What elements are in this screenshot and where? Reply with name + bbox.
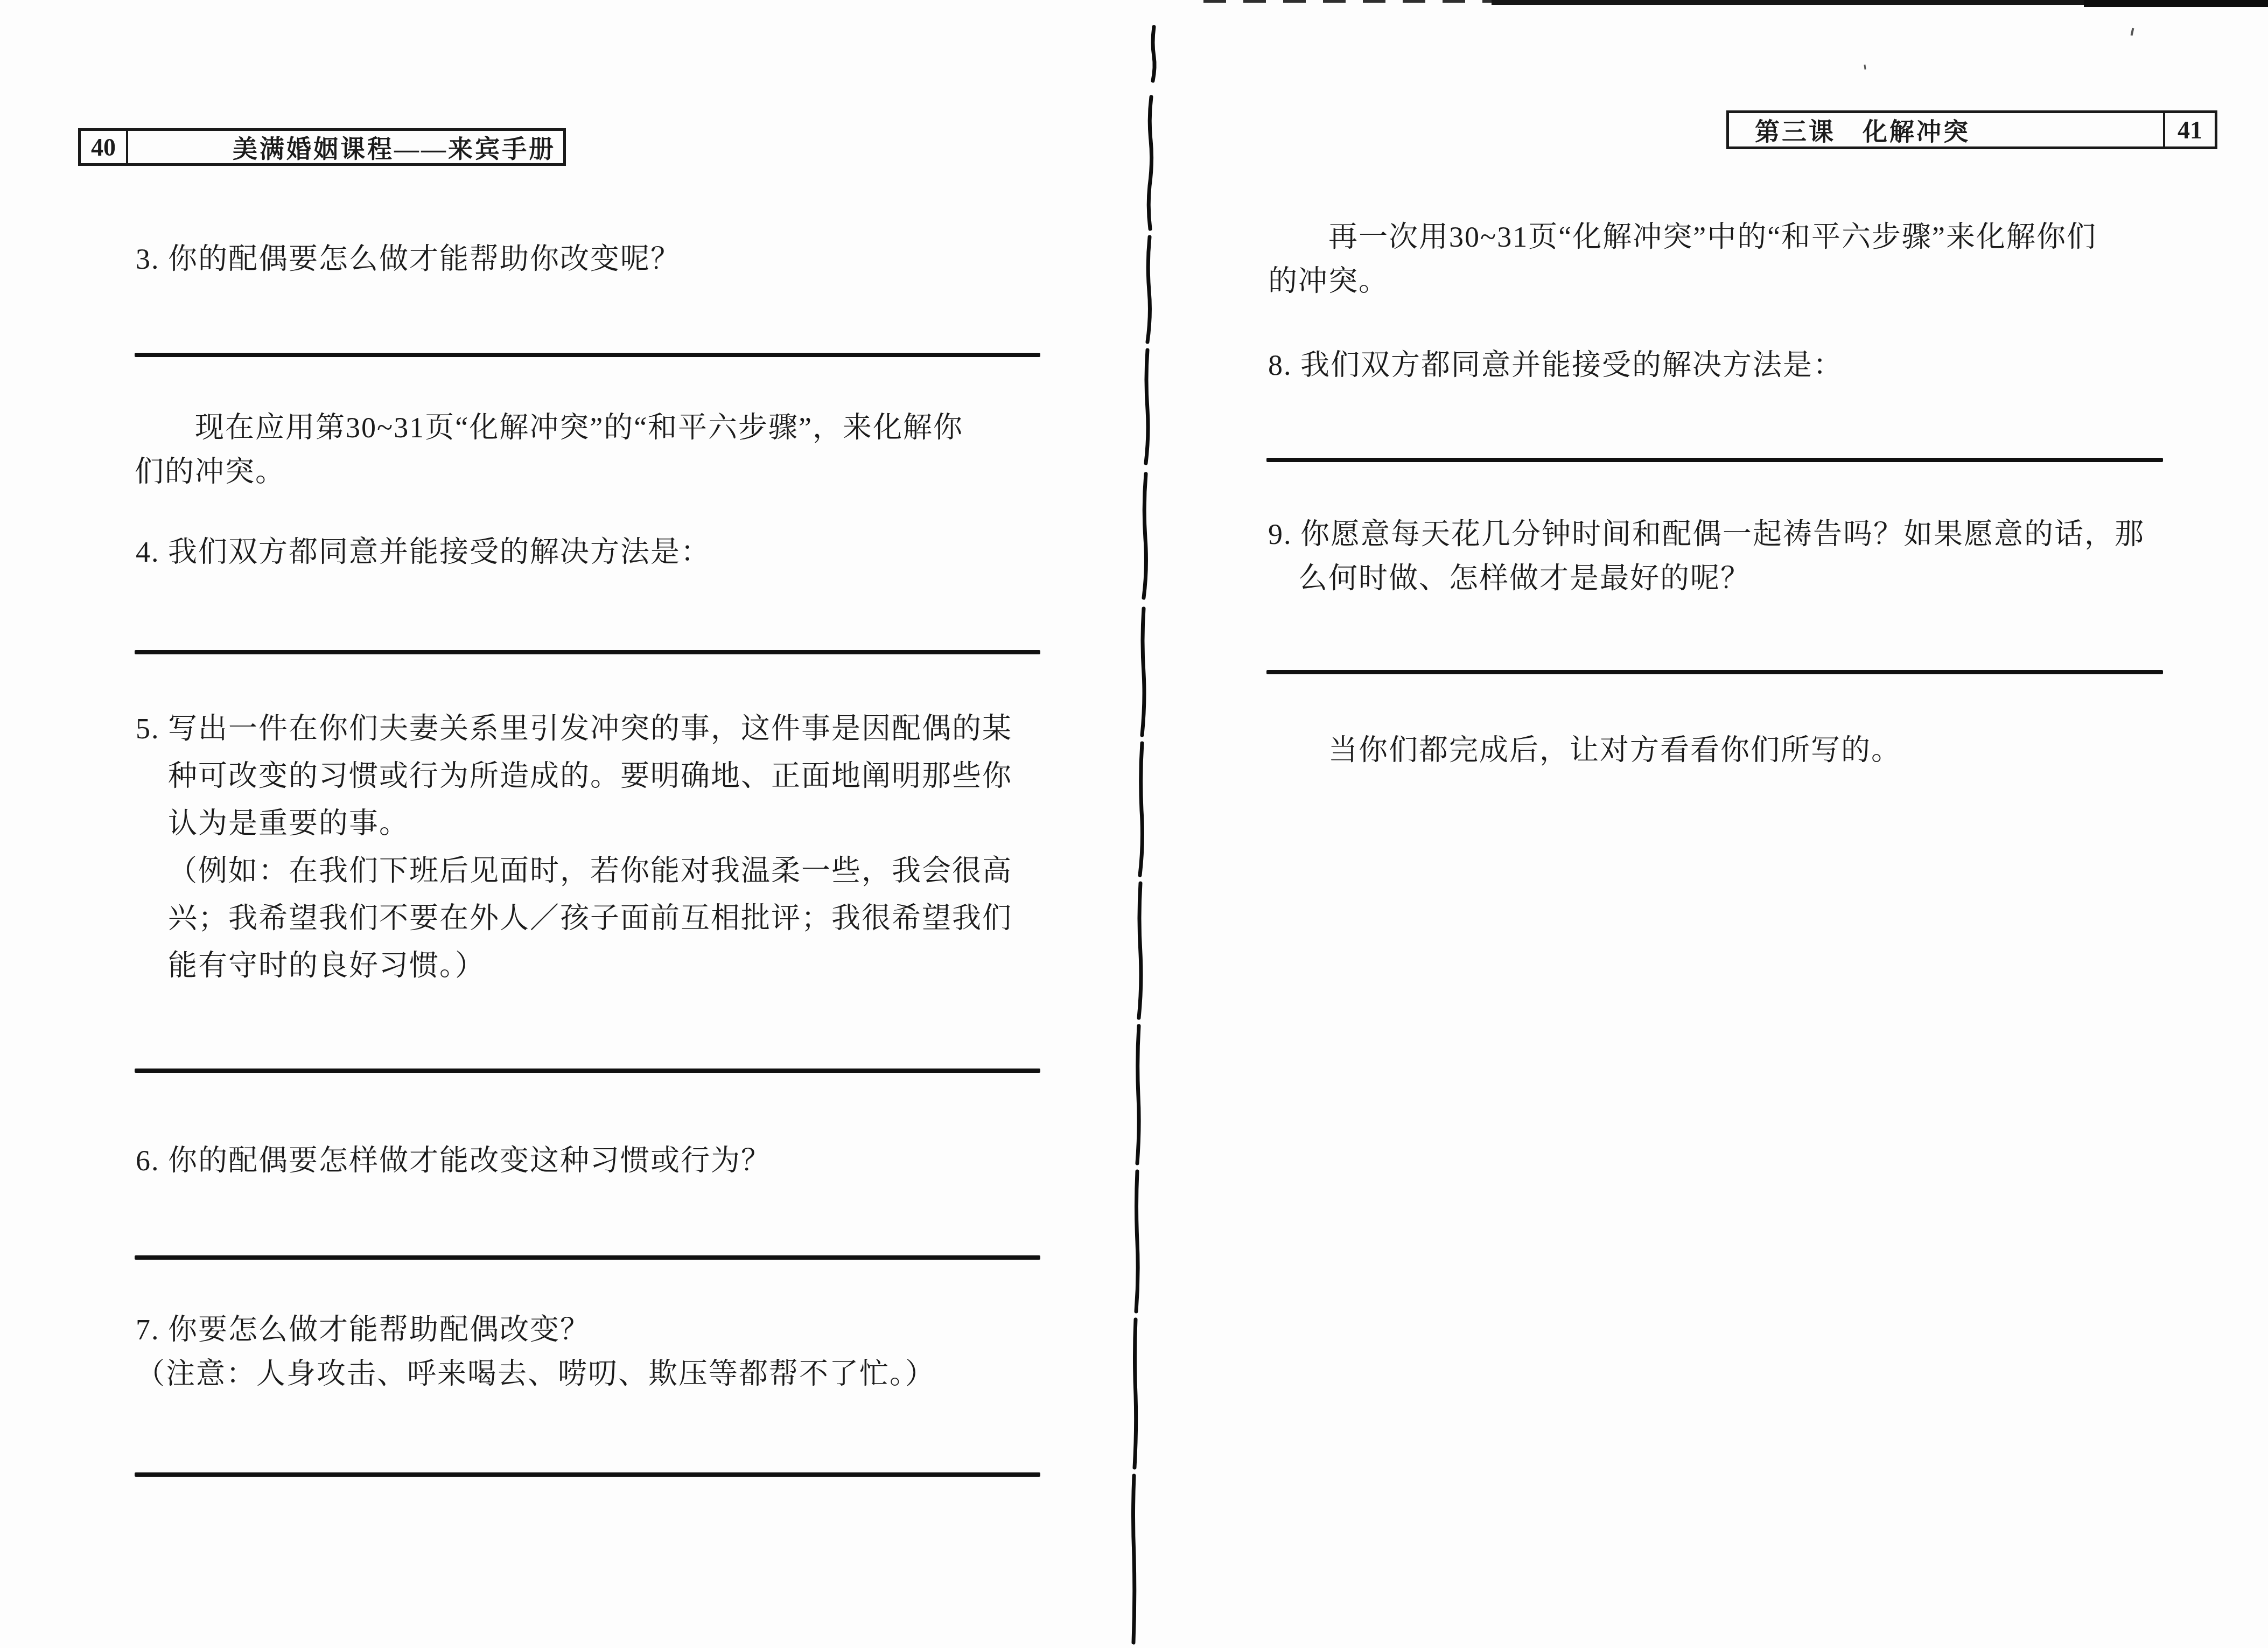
left-page-number: 40 xyxy=(81,131,128,163)
answer-blank-line-q5 xyxy=(135,1069,1040,1073)
binding-crease xyxy=(1123,22,1166,1648)
question-8: 8. 我们双方都同意并能接受的解决方法是： xyxy=(1268,343,2216,387)
question-3: 3. 你的配偶要怎么做才能帮助你改变呢？ xyxy=(136,237,1083,281)
left-header-box: 40 美满婚姻课程——来宾手册 xyxy=(78,128,566,166)
scan-top-edge-dots xyxy=(1203,0,1497,3)
scanned-workbook-spread: 40 美满婚姻课程——来宾手册 3. 你的配偶要怎么做才能帮助你改变呢？ 现在应… xyxy=(0,0,2268,1648)
reapply-paragraph: 再一次用30~31页“化解冲突”中的“和平六步骤”来化解你们 的冲突。 xyxy=(1268,215,2216,303)
scan-speck xyxy=(1864,65,1866,69)
answer-blank-line-q9 xyxy=(1266,670,2163,674)
right-header-box: 第三课 化解冲突 41 xyxy=(1726,110,2217,149)
right-page-number: 41 xyxy=(2163,113,2215,146)
question-9: 9. 你愿意每天花几分钟时间和配偶一起祷告吗？如果愿意的话，那 么何时做、怎样做… xyxy=(1268,512,2249,600)
answer-blank-line-q3 xyxy=(135,353,1040,357)
question-4: 4. 我们双方都同意并能接受的解决方法是： xyxy=(136,530,1083,574)
answer-blank-line-q7 xyxy=(135,1472,1040,1477)
intro-paragraph: 现在应用第30~31页“化解冲突”的“和平六步骤”，来化解你 们的冲突。 xyxy=(135,406,1082,494)
answer-blank-line-q6 xyxy=(135,1255,1040,1260)
right-header-title: 第三课 化解冲突 xyxy=(1729,113,2163,146)
question-6: 6. 你的配偶要怎样做才能改变这种习惯或行为？ xyxy=(136,1139,1083,1183)
closing-note: 当你们都完成后，让对方看看你们所写的。 xyxy=(1268,728,2216,772)
question-7: 7. 你要怎么做才能帮助配偶改变？ （注意：人身攻击、呼来喝去、唠叨、欺压等都帮… xyxy=(136,1308,1083,1396)
answer-blank-line-q8 xyxy=(1266,458,2163,462)
left-header-title: 美满婚姻课程——来宾手册 xyxy=(128,131,563,163)
scan-top-edge-band-dark xyxy=(2084,0,2268,7)
question-5: 5. 写出一件在你们夫妻关系里引发冲突的事，这件事是因配偶的某 种可改变的习惯或… xyxy=(136,705,1120,989)
scan-speck xyxy=(2131,28,2134,36)
answer-blank-line-q4 xyxy=(135,650,1040,654)
